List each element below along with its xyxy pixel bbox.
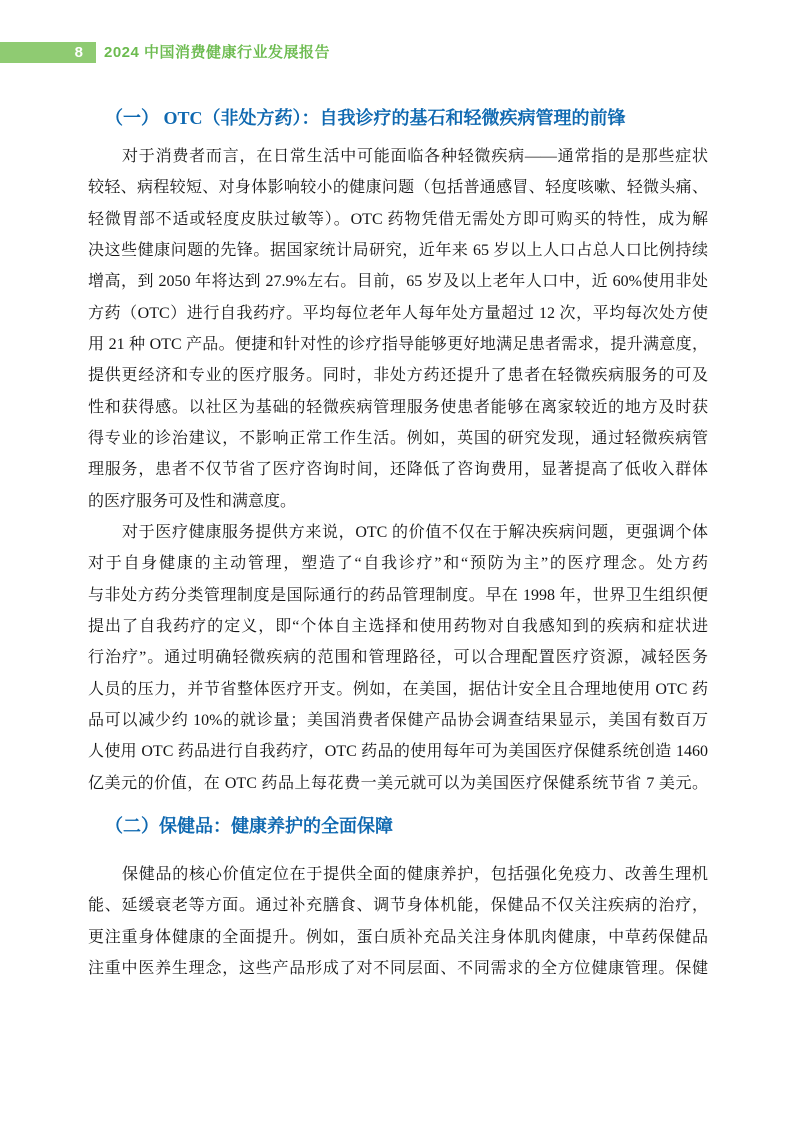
paragraph-line: 提供更经济和专业的医疗服务。同时，非处方药还提升了患者在轻微疾病服务的可及 [88, 360, 708, 391]
page-content: （一） OTC（非处方药）：自我诊疗的基石和轻微疾病管理的前锋对于消费者而言，在… [88, 103, 708, 984]
heading-supplements-section: （二）保健品：健康养护的全面保障 [88, 811, 708, 841]
paragraph-line: 决这些健康问题的先锋。据国家统计局研究，近年来 65 岁以上人口占总人口比例持续 [88, 235, 708, 266]
para-otc-provider: 对于医疗健康服务提供方来说，OTC 的价值不仅在于解决疾病问题，更强调个体对于自… [88, 517, 708, 799]
document-page: 8 2024 中国消费健康行业发展报告 （一） OTC（非处方药）：自我诊疗的基… [0, 0, 793, 1121]
paragraph-line: 的医疗服务可及性和满意度。 [88, 486, 708, 517]
paragraph-line: 品可以减少约 10%的就诊量；美国消费者保健产品协会调查结果显示，美国有数百万 [88, 705, 708, 736]
paragraph-line: 能、延缓衰老等方面。通过补充膳食、调节身体机能，保健品不仅关注疾病的治疗， [88, 890, 708, 921]
paragraph-line: 人员的压力，并节省整体医疗开支。例如，在美国，据估计安全且合理地使用 OTC 药 [88, 674, 708, 705]
paragraph-line: 用 21 种 OTC 产品。便捷和针对性的诊疗指导能够更好地满足患者需求，提升满… [88, 329, 708, 360]
heading-otc-section: （一） OTC（非处方药）：自我诊疗的基石和轻微疾病管理的前锋 [88, 103, 708, 133]
paragraph-line: 性和获得感。以社区为基础的轻微疾病管理服务使患者能够在离家较近的地方及时获 [88, 392, 708, 423]
paragraph-line: 注重中医养生理念，这些产品形成了对不同层面、不同需求的全方位健康管理。保健 [88, 953, 708, 984]
paragraph-line: 更注重身体健康的全面提升。例如，蛋白质补充品关注身体肌肉健康，中草药保健品 [88, 922, 708, 953]
paragraph-line: 亿美元的价值，在 OTC 药品上每花费一美元就可以为美国医疗保健系统节省 7 美… [88, 768, 708, 799]
paragraph-line: 对于医疗健康服务提供方来说，OTC 的价值不仅在于解决疾病问题，更强调个体 [88, 517, 708, 548]
paragraph-line: 得专业的诊治建议，不影响正常工作生活。例如，英国的研究发现，通过轻微疾病管 [88, 423, 708, 454]
page-number: 8 [75, 44, 83, 61]
paragraph-line: 人使用 OTC 药品进行自我药疗，OTC 药品的使用每年可为美国医疗保健系统创造… [88, 736, 708, 767]
paragraph-line: 增高，到 2050 年将达到 27.9%左右。目前，65 岁及以上老年人口中，近… [88, 266, 708, 297]
para-otc-consumer: 对于消费者而言，在日常生活中可能面临各种轻微疾病——通常指的是那些症状较轻、病程… [88, 141, 708, 517]
paragraph-line: 轻微胃部不适或轻度皮肤过敏等）。OTC 药物凭借无需处方即可购买的特性，成为解 [88, 204, 708, 235]
paragraph-line: 行治疗”。通过明确轻微疾病的范围和管理路径，可以合理配置医疗资源，减轻医务 [88, 642, 708, 673]
paragraph-line: 方药（OTC）进行自我药疗。平均每位老年人每年处方量超过 12 次，平均每次处方… [88, 298, 708, 329]
paragraph-line: 与非处方药分类管理制度是国际通行的药品管理制度。早在 1998 年，世界卫生组织… [88, 580, 708, 611]
document-header-title: 2024 中国消费健康行业发展报告 [104, 42, 330, 63]
paragraph-line: 提出了自我药疗的定义，即“个体自主选择和使用药物对自我感知到的疾病和症状进 [88, 611, 708, 642]
para-supplements: 保健品的核心价值定位在于提供全面的健康养护，包括强化免疫力、改善生理机能、延缓衰… [88, 859, 708, 984]
paragraph-line: 保健品的核心价值定位在于提供全面的健康养护，包括强化免疫力、改善生理机 [88, 859, 708, 890]
paragraph-line: 对于消费者而言，在日常生活中可能面临各种轻微疾病——通常指的是那些症状 [88, 141, 708, 172]
page-number-bar: 8 [0, 42, 96, 63]
paragraph-line: 对于自身健康的主动管理，塑造了“自我诊疗”和“预防为主”的医疗理念。处方药 [88, 548, 708, 579]
paragraph-line: 理服务，患者不仅节省了医疗咨询时间，还降低了咨询费用，显著提高了低收入群体 [88, 454, 708, 485]
paragraph-line: 较轻、病程较短、对身体影响较小的健康问题（包括普通感冒、轻度咳嗽、轻微头痛、 [88, 172, 708, 203]
